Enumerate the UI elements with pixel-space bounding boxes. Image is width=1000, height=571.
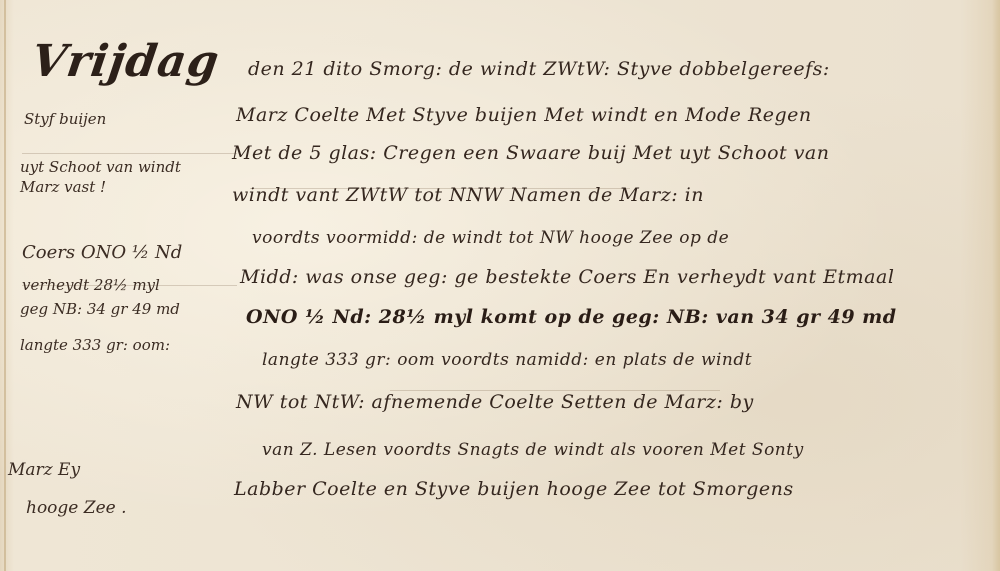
binding-edge — [4, 0, 6, 571]
log-line: NW tot NtW: afnemende Coelte Setten de M… — [236, 393, 754, 412]
margin-note: Coers ONO ½ Nd — [22, 244, 182, 262]
log-line: voordts voormidd: de windt tot NW hooge … — [252, 230, 729, 247]
log-line: Midd: was onse geg: ge bestekte Coers En… — [240, 268, 894, 287]
log-line: Met de 5 glas: Cregen een Swaare buij Me… — [232, 144, 830, 163]
margin-note: hooge Zee . — [26, 500, 127, 517]
margin-note: geg NB: 34 gr 49 md — [20, 302, 180, 317]
logbook-page: Vrijdag Styf buijen uyt Schoot van windt… — [0, 0, 1000, 571]
margin-note: Marz Ey — [8, 462, 80, 479]
log-line: den 21 dito Smorg: de windt ZWtW: Styve … — [248, 60, 830, 79]
day-heading: Vrijdag — [28, 36, 222, 87]
margin-note: uyt Schoot van windt — [20, 160, 181, 175]
log-line: windt vant ZWtW tot NNW Namen de Marz: i… — [232, 186, 704, 205]
margin-note: langte 333 gr: oom: — [20, 338, 170, 353]
ruled-line — [22, 153, 237, 154]
log-line: van Z. Lesen voordts Snagts de windt als… — [262, 442, 804, 459]
log-line: langte 333 gr: oom voordts namidd: en pl… — [262, 352, 752, 369]
page-edge — [992, 0, 1000, 571]
margin-note: Styf buijen — [24, 112, 106, 127]
log-line: Marz Coelte Met Styve buijen Met windt e… — [236, 106, 812, 125]
log-line: ONO ½ Nd: 28½ myl komt op de geg: NB: va… — [246, 308, 897, 327]
margin-note: Marz vast ! — [20, 180, 106, 195]
margin-note: verheydt 28½ myl — [22, 278, 160, 293]
log-line: Labber Coelte en Styve buijen hooge Zee … — [234, 480, 794, 499]
